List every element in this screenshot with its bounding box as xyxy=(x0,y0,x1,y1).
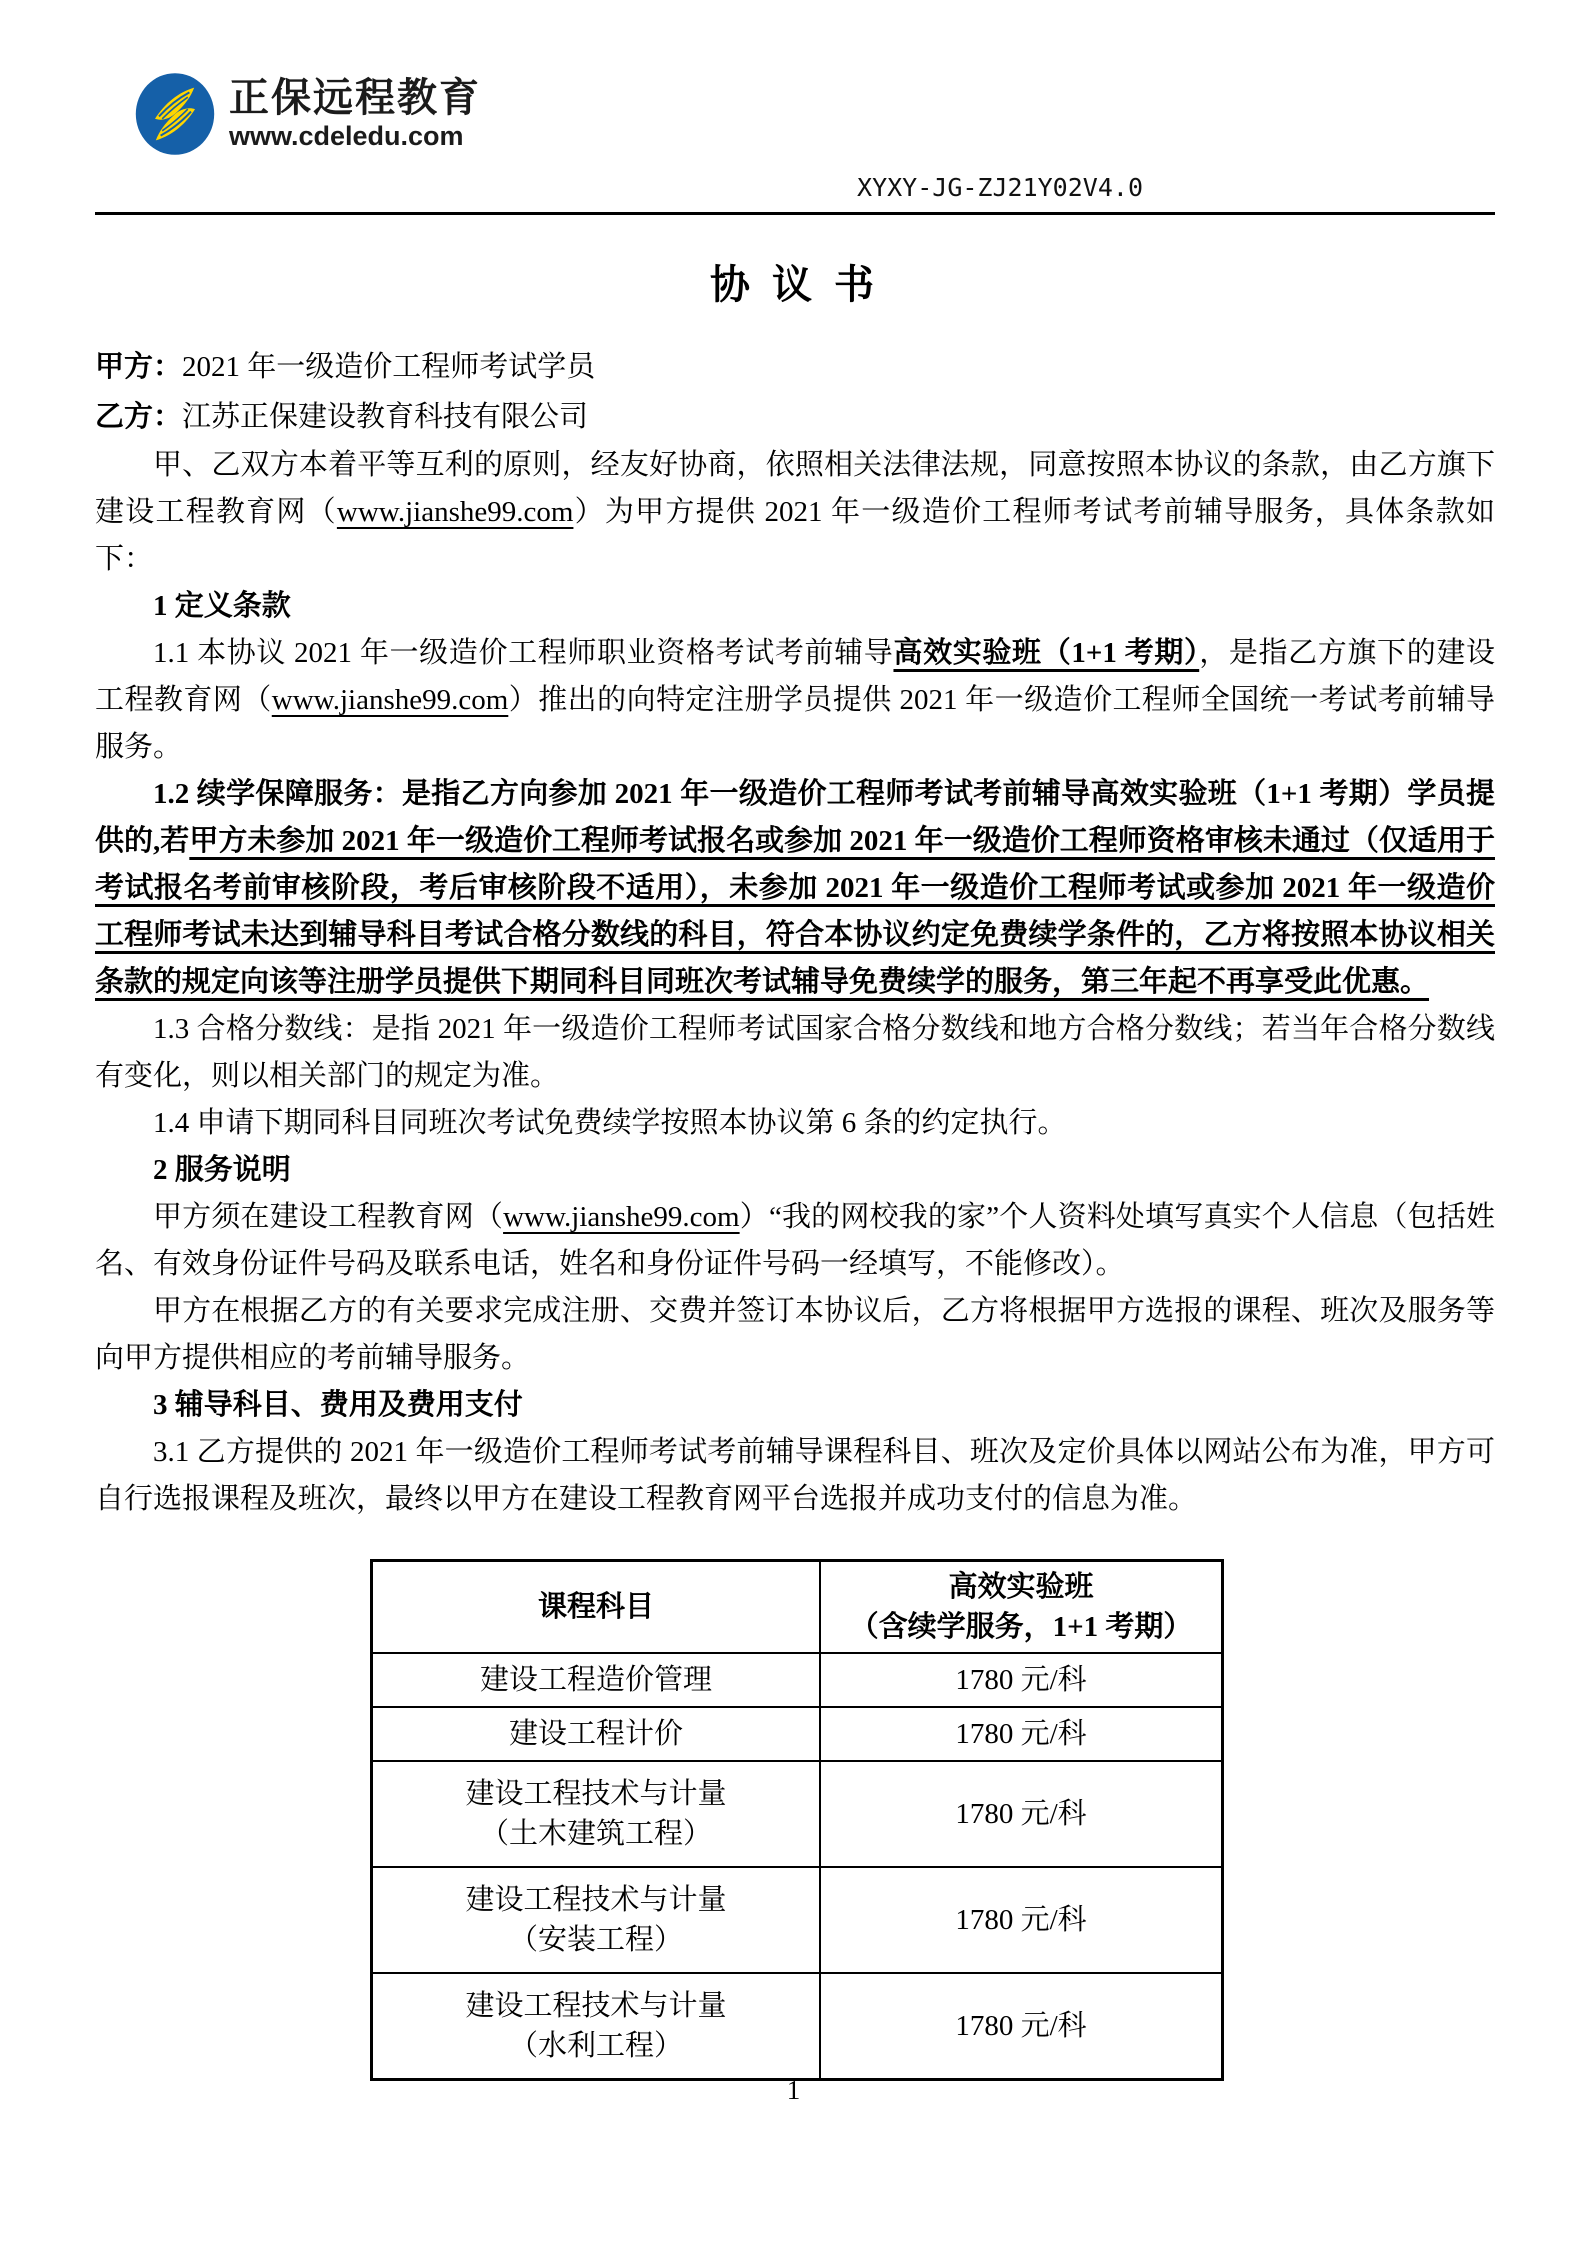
subject-name: 建设工程技术与计量 xyxy=(377,1774,815,1814)
page-title: 协 议 书 xyxy=(95,253,1495,310)
table-row: 建设工程技术与计量（土木建筑工程） 1780 元/科 xyxy=(372,1761,1223,1867)
subject-cell: 建设工程技术与计量（水利工程） xyxy=(372,1973,821,2080)
page-number: 1 xyxy=(0,2075,1587,2106)
intro-paragraph: 甲、乙双方本着平等互利的原则，经友好协商，依照相关法律法规，同意按照本协议的条款… xyxy=(95,442,1495,583)
clause-2-1: 甲方须在建设工程教育网（www.jianshe99.com）“我的网校我的家”个… xyxy=(95,1194,1495,1288)
party-a-label: 甲方： xyxy=(95,351,182,383)
class-header-line1: 高效实验班 xyxy=(825,1567,1217,1607)
party-a-line: 甲方：2021 年一级造价工程师考试学员 xyxy=(95,342,1495,392)
logo-website-url: www.cdeledu.com xyxy=(229,120,481,152)
section-3-heading: 3 辅导科目、费用及费用支付 xyxy=(95,1382,1495,1429)
clause-1-4: 1.4 申请下期同科目同班次考试免费续学按照本协议第 6 条的约定执行。 xyxy=(95,1100,1495,1147)
logo-text-block: 正保远程教育 www.cdeledu.com xyxy=(229,76,481,152)
jianshe99-link[interactable]: www.jianshe99.com xyxy=(337,496,574,528)
clause-2-1-text-a: 甲方须在建设工程教育网（ xyxy=(153,1201,503,1233)
subject-subtitle: （土木建筑工程） xyxy=(377,1814,815,1854)
price-cell: 1780 元/科 xyxy=(820,1707,1223,1761)
subject-cell: 建设工程技术与计量（土木建筑工程） xyxy=(372,1761,821,1867)
subject-column-header: 课程科目 xyxy=(372,1561,821,1654)
price-cell: 1780 元/科 xyxy=(820,1761,1223,1867)
clause-1-1-course-name: 高效实验班（1+1 考期） xyxy=(893,637,1199,669)
subject-name: 建设工程技术与计量 xyxy=(377,1986,815,2026)
section-2-heading: 2 服务说明 xyxy=(95,1147,1495,1194)
subject-subtitle: （安装工程） xyxy=(377,1920,815,1960)
subject-name: 建设工程造价管理 xyxy=(377,1660,815,1700)
table-row: 建设工程计价 1780 元/科 xyxy=(372,1707,1223,1761)
document-header: 正保远程教育 www.cdeledu.com XYXY-JG-ZJ21Y02V4… xyxy=(95,0,1495,215)
clause-3-1: 3.1 乙方提供的 2021 年一级造价工程师考试考前辅导课程科目、班次及定价具… xyxy=(95,1429,1495,1523)
subject-subtitle: （水利工程） xyxy=(377,2026,815,2066)
table-row: 建设工程造价管理 1780 元/科 xyxy=(372,1653,1223,1707)
clause-1-1: 1.1 本协议 2021 年一级造价工程师职业资格考试考前辅导高效实验班（1+1… xyxy=(95,630,1495,771)
subject-cell: 建设工程技术与计量（安装工程） xyxy=(372,1867,821,1973)
jianshe99-link[interactable]: www.jianshe99.com xyxy=(272,684,509,716)
class-header-line2: （含续学服务，1+1 考期） xyxy=(825,1607,1217,1647)
table-header-row: 课程科目 高效实验班 （含续学服务，1+1 考期） xyxy=(372,1561,1223,1654)
party-b-value: 江苏正保建设教育科技有限公司 xyxy=(182,401,588,433)
price-cell: 1780 元/科 xyxy=(820,1867,1223,1973)
document-page: 正保远程教育 www.cdeledu.com XYXY-JG-ZJ21Y02V4… xyxy=(95,0,1495,2081)
clause-1-3: 1.3 合格分数线：是指 2021 年一级造价工程师考试国家合格分数线和地方合格… xyxy=(95,1006,1495,1100)
party-a-value: 2021 年一级造价工程师考试学员 xyxy=(182,351,595,383)
clause-1-2-underlined-terms: 甲方未参加 2021 年一级造价工程师考试报名或参加 2021 年一级造价工程师… xyxy=(95,825,1495,998)
clause-1-2: 1.2 续学保障服务：是指乙方向参加 2021 年一级造价工程师考试考前辅导高效… xyxy=(95,771,1495,1006)
party-b-label: 乙方： xyxy=(95,401,182,433)
table-row: 建设工程技术与计量（安装工程） 1780 元/科 xyxy=(372,1867,1223,1973)
course-price-table: 课程科目 高效实验班 （含续学服务，1+1 考期） 建设工程造价管理 1780 … xyxy=(370,1559,1224,2081)
logo-company-name: 正保远程教育 xyxy=(229,76,481,120)
company-logo: 正保远程教育 www.cdeledu.com xyxy=(135,72,481,156)
jianshe99-link[interactable]: www.jianshe99.com xyxy=(503,1201,740,1233)
document-code: XYXY-JG-ZJ21Y02V4.0 xyxy=(857,173,1143,202)
clause-1-1-text-a: 1.1 本协议 2021 年一级造价工程师职业资格考试考前辅导 xyxy=(153,637,893,669)
party-b-line: 乙方：江苏正保建设教育科技有限公司 xyxy=(95,392,1495,442)
subject-cell: 建设工程计价 xyxy=(372,1707,821,1761)
table-row: 建设工程技术与计量（水利工程） 1780 元/科 xyxy=(372,1973,1223,2080)
price-cell: 1780 元/科 xyxy=(820,1653,1223,1707)
subject-name: 建设工程技术与计量 xyxy=(377,1880,815,1920)
section-1-heading: 1 定义条款 xyxy=(95,583,1495,630)
logo-swirl-icon xyxy=(135,72,215,156)
clause-2-2: 甲方在根据乙方的有关要求完成注册、交费并签订本协议后，乙方将根据甲方选报的课程、… xyxy=(95,1288,1495,1382)
parties-block: 甲方：2021 年一级造价工程师考试学员 乙方：江苏正保建设教育科技有限公司 xyxy=(95,342,1495,442)
subject-name: 建设工程计价 xyxy=(377,1714,815,1754)
class-column-header: 高效实验班 （含续学服务，1+1 考期） xyxy=(820,1561,1223,1654)
price-cell: 1780 元/科 xyxy=(820,1973,1223,2080)
subject-cell: 建设工程造价管理 xyxy=(372,1653,821,1707)
